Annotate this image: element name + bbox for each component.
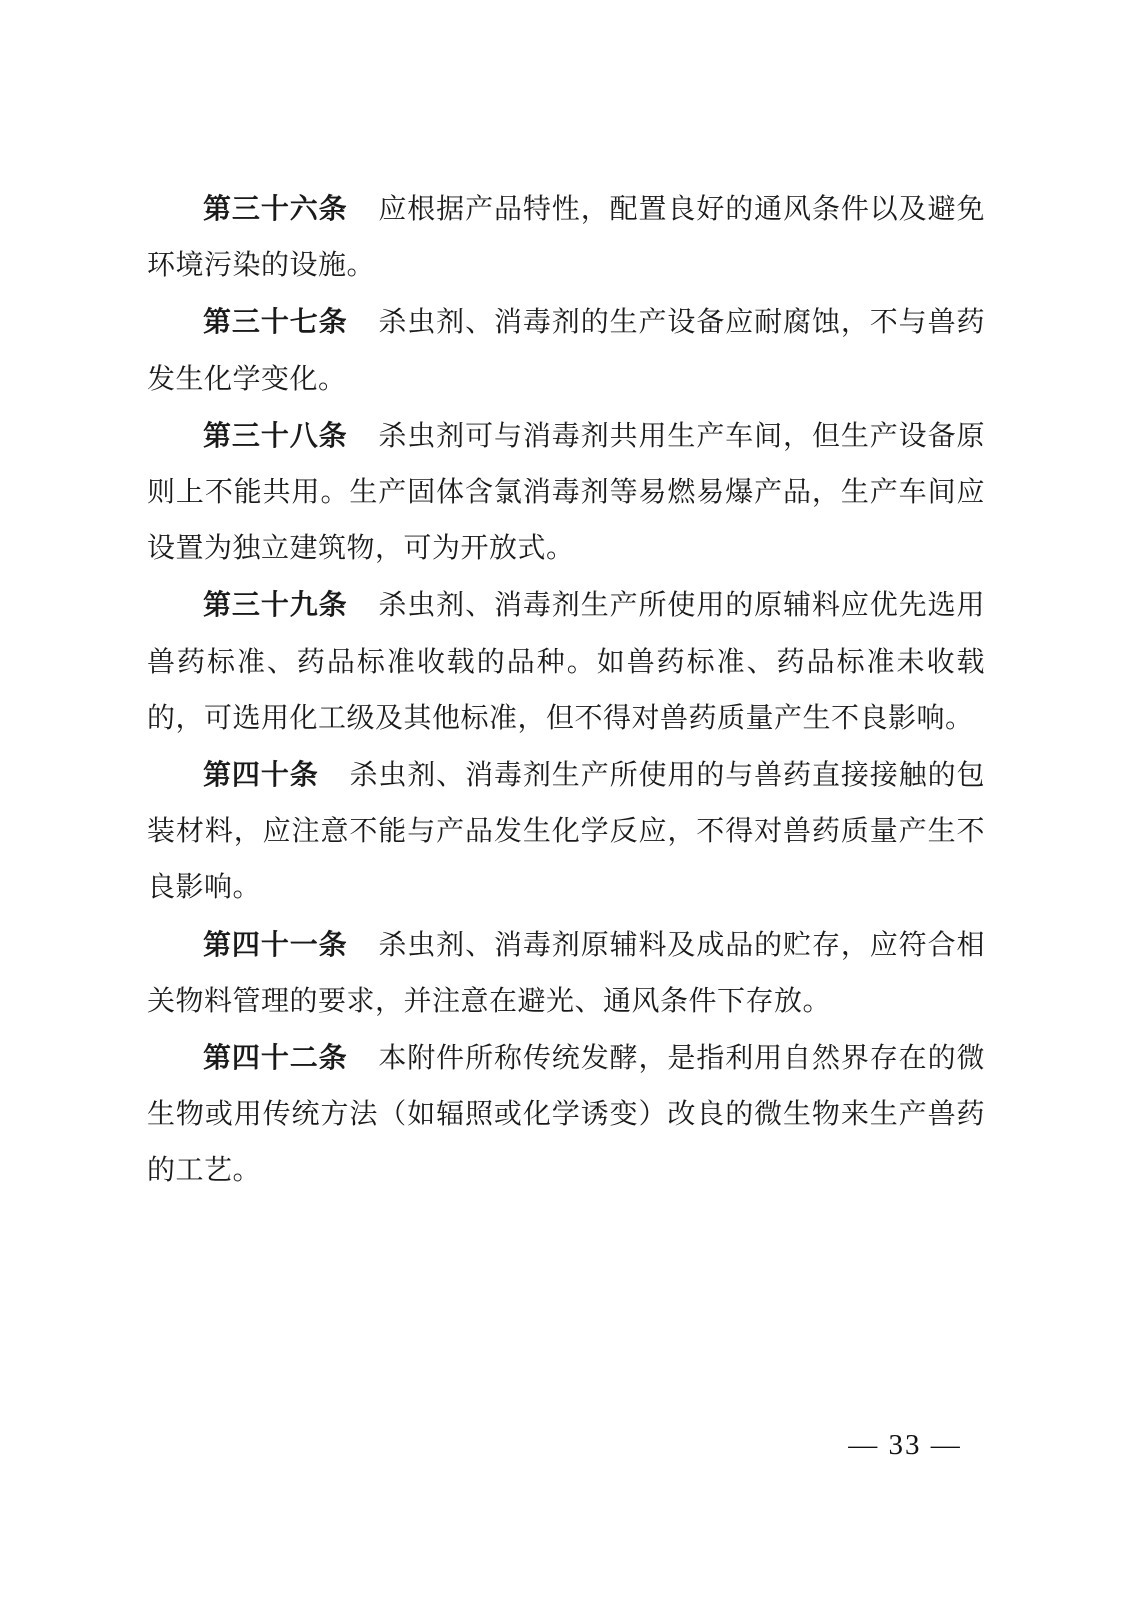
article-number: 第四十条	[203, 759, 319, 790]
article-number: 第四十一条	[203, 929, 348, 960]
article-number: 第三十八条	[203, 420, 348, 451]
article-paragraph-36: 第三十六条应根据产品特性，配置良好的通风条件以及避免环境污染的设施。	[147, 181, 985, 294]
article-paragraph-41: 第四十一条杀虫剂、消毒剂原辅料及成品的贮存，应符合相关物料管理的要求，并注意在避…	[147, 917, 985, 1030]
article-number: 第三十六条	[203, 193, 348, 224]
document-page: 第三十六条应根据产品特性，配置良好的通风条件以及避免环境污染的设施。 第三十七条…	[0, 0, 1131, 1600]
article-paragraph-37: 第三十七条杀虫剂、消毒剂的生产设备应耐腐蚀，不与兽药发生化学变化。	[147, 294, 985, 407]
page-number: — 33 —	[790, 1425, 1020, 1465]
article-number: 第三十七条	[203, 306, 348, 337]
article-paragraph-40: 第四十条杀虫剂、消毒剂生产所使用的与兽药直接接触的包装材料，应注意不能与产品发生…	[147, 747, 985, 917]
article-number: 第四十二条	[203, 1042, 348, 1073]
article-paragraph-38: 第三十八条杀虫剂可与消毒剂共用生产车间，但生产设备原则上不能共用。生产固体含氯消…	[147, 408, 985, 578]
article-paragraph-39: 第三十九条杀虫剂、消毒剂生产所使用的原辅料应优先选用兽药标准、药品标准收载的品种…	[147, 577, 985, 747]
article-paragraph-42: 第四十二条本附件所称传统发酵，是指利用自然界存在的微生物或用传统方法（如辐照或化…	[147, 1030, 985, 1200]
article-number: 第三十九条	[203, 589, 348, 620]
document-body: 第三十六条应根据产品特性，配置良好的通风条件以及避免环境污染的设施。 第三十七条…	[147, 181, 985, 1200]
